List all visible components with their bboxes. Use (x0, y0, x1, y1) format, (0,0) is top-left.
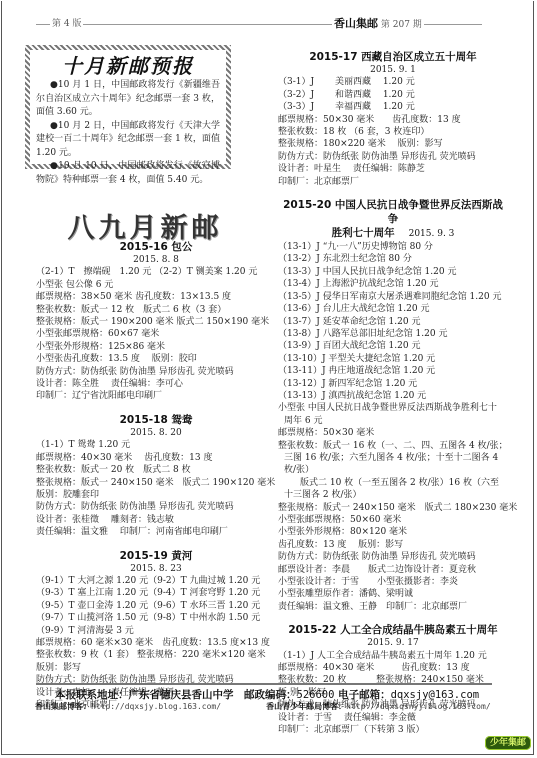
section-line: （13-4）J 上海淞沪抗战纪念馆 1.20 元 (278, 278, 508, 290)
section-line: 三图 16 枚/张；六至九图各 4 枚/张；十至十二图各 4 (278, 452, 508, 464)
section-line: 责任编辑：温文雅、王静 印制厂：北京邮票厂 (278, 601, 508, 613)
section-date: 2015. 9. 1 (278, 64, 508, 76)
section-line: 邮票规格：50×30 毫米 齿孔度数：13 度 (278, 114, 508, 126)
section-line: 整张枚数：18 枚 （6 套，3 枚连印） (278, 126, 508, 138)
stamp-issue-section: 2015-17 西藏自治区成立五十周年2015. 9. 1（3-1）J 美丽西藏… (278, 50, 508, 188)
section-line: 印制厂：北京邮票厂 (278, 176, 508, 188)
section-line: 整张枚数：版式一 20 枚 版式二 8 枚 (36, 464, 276, 476)
blog2-link[interactable]: http://dqxsqsnyj.blog.163.com/ (346, 702, 491, 711)
section-date: 2015. 8. 8 (36, 254, 276, 266)
stamp-issue-section: 2015-18 鸳鸯2015. 8. 20（1-1）T 鸳鸯 1.20 元邮票规… (36, 413, 276, 539)
section-line: 印制厂：辽宁省沈阳邮电印刷厂 (36, 390, 276, 402)
preview-item: ●10 月 2 日，中国邮政将发行《天津大学建校一百二十周年》纪念邮票一套 1 … (36, 120, 220, 161)
section-line: 设计者：于雪 责任编辑：李金薇 (278, 712, 508, 724)
left-column: 2015-16 包公2015. 8. 8（2-1）T 擦端砚 1.20 元 （2… (36, 240, 276, 719)
section-line: （13-7）J 延安革命纪念馆 1.20 元 (278, 316, 508, 328)
section-line: （13-8）J 八路军总部旧址纪念馆 1.20 元 (278, 328, 508, 340)
blog1-label: 香山集邮博客： (35, 702, 91, 711)
section-title: 2015-17 西藏自治区成立五十周年 (278, 50, 508, 64)
section-line: （3-1）J 美丽西藏 1.20 元 (278, 76, 508, 88)
section-date: 2015. 9. 3 (409, 229, 455, 239)
section-line: （9-9）T 河清海晏 3 元 (36, 625, 276, 637)
section-line: 整张枚数：版式一 16 枚（一、二、四、五图各 4 枚/张； (278, 440, 508, 452)
preview-title: 十月新邮预报 (36, 53, 220, 79)
preview-item: ●10 月 10 日，中国邮政将发行《故宫博物院》特种邮票一套 4 枚，面值 5… (36, 160, 220, 187)
october-preview-box: 十月新邮预报 ●10 月 1 日，中国邮政将发行《新疆维吾尔自治区成立六十周年》… (25, 45, 231, 169)
section-line: （13-1）J “九·一八”历史博物馆 80 分 (278, 241, 508, 253)
section-line: 版式二 10 枚（一至五图各 2 枚/张）16 枚（六至 (278, 477, 508, 489)
section-line: （9-5）T 壶口金涛 1.20 元（9-6）T 水环三晋 1.20 元 (36, 600, 276, 612)
section-line: （1-1）J 人工全合成结晶牛胰岛素五十周年 1.20 元 (278, 650, 508, 662)
footer-contact: 本报联系地址：广东省德庆县香山中学 邮政编码：526600 电子邮箱：dqxsj… (55, 687, 479, 702)
postcode: 526600 (297, 689, 335, 701)
section-line: （13-2）J 东北烈士纪念馆 80 分 (278, 253, 508, 265)
section-line: （13-5）J 侵华日军南京大屠杀遇难同胞纪念馆 1.20 元 (278, 291, 508, 303)
section-line: 周年 6 元 (278, 415, 508, 427)
section-line: （1-1）T 鸳鸯 1.20 元 (36, 439, 276, 451)
section-line: 邮票设计者：李晨 版式二边饰设计者：夏竞秋 (278, 564, 508, 576)
section-line: （3-3）J 幸福西藏 1.20 元 (278, 101, 508, 113)
blog1-link[interactable]: http://dqxsjy.blog.163.com/ (91, 702, 221, 711)
section-date: 2015. 9. 17 (278, 637, 508, 649)
section-date: 2015. 8. 23 (36, 563, 276, 575)
preview-item: ●10 月 1 日，中国邮政将发行《新疆维吾尔自治区成立六十周年》纪念邮票一套 … (36, 79, 220, 120)
section-line: 小型张设计者：于雪 小型张摄影者：李炎 (278, 576, 508, 588)
section-line: 邮票规格：60 毫米×30 毫米 齿孔度数：13.5 度×13 度 (36, 637, 276, 649)
section-line: 设计者：叶星生 责任编辑：陈静芝 (278, 163, 508, 175)
section-line: （13-13）J 滇西抗战纪念馆 1.20 元 (278, 390, 508, 402)
section-line: 小型张邮票规格：50×60 毫米 (278, 514, 508, 526)
section-line: 版别：胶雕套印 (36, 489, 276, 501)
section-line: 十三图各 2 枚/张） (278, 489, 508, 501)
email-link[interactable]: dqxsjy@163.com (391, 689, 480, 701)
section-line: 设计者：张桂徵 雕刻者：钱志敏 (36, 514, 276, 526)
section-title: 2015-22 人工全合成结晶牛胰岛素五十周年 (278, 623, 508, 637)
section-line: （3-2）J 和谐西藏 1.20 元 (278, 89, 508, 101)
page-header: 第 4 版 香山集邮 第 207 期 (36, 18, 482, 30)
section-line: 整张规格：版式一 190×200 毫米 版式二 150×190 毫米 (36, 316, 276, 328)
section-line: 小型张邮票规格：60×67 毫米 (36, 328, 276, 340)
section-title-cont: 胜利七十周年2015. 9. 3 (278, 226, 508, 241)
section-line: 小型张外形规格：80×120 毫米 (278, 526, 508, 538)
footer-rule (36, 683, 492, 685)
section-line: 邮票规格：38×50 毫米 齿孔度数：13×13.5 度 (36, 291, 276, 303)
section-line: 整张规格：版式一 240×150 毫米 版式二 190×120 毫米 (36, 477, 276, 489)
section-line: 整张枚数：20 枚 整张规格：240×150 毫米 (278, 674, 508, 686)
section-line: 小型张 中国人民抗日战争暨世界反法西斯战争胜利七十 (278, 402, 508, 414)
section-line: 防伪方式：防伪纸张 防伪油墨 异形齿孔 荧光喷码 (36, 501, 276, 513)
section-title-line2: 胜利七十周年 (332, 227, 395, 239)
section-line: （9-3）T 塞上江南 1.20 元（9-4）T 河套穹野 1.20 元 (36, 587, 276, 599)
section-line: 整张枚数：9 枚（1 套） 整张规格：220 毫米×120 毫米 (36, 649, 276, 661)
section-line: 印制厂：北京邮票厂（下转第 3 版） (278, 724, 508, 736)
section-title: 2015-16 包公 (36, 240, 276, 254)
section-title: 2015-19 黄河 (36, 549, 276, 563)
masthead: 香山集邮 第 207 期 (332, 18, 424, 31)
section-line: （13-6）J 台儿庄大战纪念馆 1.20 元 (278, 303, 508, 315)
section-line: 整张规格：版式一 240×150 毫米 版式二 180×230 毫米 (278, 502, 508, 514)
section-line: 枚/张） (278, 464, 508, 476)
blog2-label: 香山青少年邮局博客： (266, 702, 346, 711)
contact-label: 本报联系地址：广东省德庆县香山中学 邮政编码： (55, 689, 297, 701)
section-line: 小型张外形规格：125×86 毫米 (36, 341, 276, 353)
section-line: （2-1）T 擦端砚 1.20 元 （2-2）T 铡美案 1.20 元 (36, 266, 276, 278)
section-line: （9-7）T 山揽河洛 1.50 元（9-8）T 中州水韵 1.50 元 (36, 612, 276, 624)
youth-philately-logo: 少年集邮 (485, 736, 531, 750)
section-title: 2015-18 鸳鸯 (36, 413, 276, 427)
footer-blogs: 香山集邮博客：http://dqxsjy.blog.163.com/ 香山青少年… (35, 701, 491, 712)
issue-number: 第 207 期 (381, 20, 422, 30)
section-line: 整张规格：180×220 毫米 版别：影写 (278, 138, 508, 150)
section-line: 邮票规格：40×30 毫米 齿孔度数：13 度 (36, 452, 276, 464)
section-title: 2015-20 中国人民抗日战争暨世界反法西斯战争 (278, 198, 508, 226)
stamp-issue-section: 2015-16 包公2015. 8. 8（2-1）T 擦端砚 1.20 元 （2… (36, 240, 276, 403)
section-date: 2015. 8. 20 (36, 427, 276, 439)
section-line: （9-1）T 大河之源 1.20 元（9-2）T 九曲过城 1.20 元 (36, 575, 276, 587)
section-line: 小型张齿孔度数：13.5 度 版别：胶印 (36, 353, 276, 365)
edition-label: 第 4 版 (50, 18, 83, 30)
section-line: （13-11）J 冉庄地道战纪念馆 1.20 元 (278, 365, 508, 377)
section-line: 版别：影写 (36, 662, 276, 674)
email-label: 电子邮箱： (338, 689, 391, 701)
section-line: 防伪方式：防伪纸张 防伪油墨 异形齿孔 荧光喷码 (36, 366, 276, 378)
section-line: （13-9）J 百团大战纪念馆 1.20 元 (278, 340, 508, 352)
section-line: 小型张雕塑原作者：潘鹤、梁明诚 (278, 588, 508, 600)
right-column: 2015-17 西藏自治区成立五十周年2015. 9. 1（3-1）J 美丽西藏… (278, 50, 508, 745)
section-line: 防伪方式：防伪纸张 防伪油墨 异形齿孔 荧光喷码 (278, 551, 508, 563)
section-line: 齿孔度数：13 度 版别：影写 (278, 539, 508, 551)
section-line: 整张枚数：版式一 12 枚 版式二 6 枚（3 套） (36, 304, 276, 316)
section-line: 设计者：陈全胜 责任编辑：李可心 (36, 378, 276, 390)
section-line: （13-3）J 中国人民抗日战争纪念馆 1.20 元 (278, 266, 508, 278)
stamp-issue-section: 2015-22 人工全合成结晶牛胰岛素五十周年2015. 9. 17（1-1）J… (278, 623, 508, 736)
section-line: （13-12）J 新四军纪念馆 1.20 元 (278, 378, 508, 390)
section-line: 责任编辑：温文雅 印制厂：河南省邮电印刷厂 (36, 526, 276, 538)
masthead-title: 香山集邮 (334, 17, 378, 30)
section-line: 小型张 包公像 6 元 (36, 279, 276, 291)
section-line: （13-10）J 平型关大捷纪念馆 1.20 元 (278, 353, 508, 365)
section-line: 防伪方式：防伪纸张 防伪油墨 异形齿孔 荧光喷码 (278, 151, 508, 163)
stamp-issue-section: 2015-20 中国人民抗日战争暨世界反法西斯战争胜利七十周年2015. 9. … (278, 198, 508, 613)
section-line: 邮票规格：50×30 毫米 (278, 427, 508, 439)
section-line: 邮票规格：40×30 毫米 齿孔度数：13 度 (278, 662, 508, 674)
